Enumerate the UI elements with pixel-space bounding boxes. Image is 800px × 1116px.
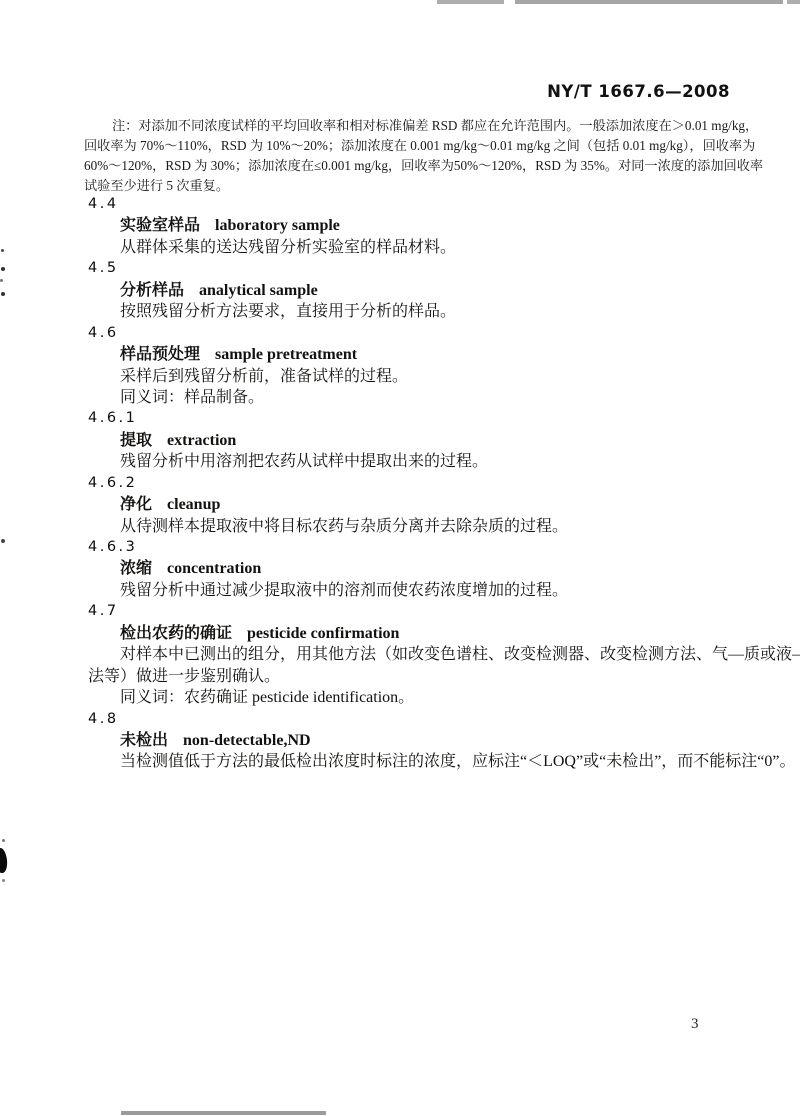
scan-speck — [1, 249, 4, 252]
section-number: 4.6.2 — [88, 473, 738, 494]
scan-artifact-top-line — [515, 0, 783, 4]
note-line: 回收率为 70%～110%，RSD 为 10%～20%；添加浓度在 0.001 … — [84, 136, 738, 156]
scan-speck — [1, 267, 5, 271]
section-number: 4.5 — [88, 258, 738, 279]
term-chinese: 样品预处理 — [120, 346, 200, 363]
note-line: 注：对添加不同浓度试样的平均回收率和相对标准偏差 RSD 都应在允许范围内。一般… — [84, 116, 738, 136]
term-english: sample pretreatment — [215, 346, 357, 363]
term-chinese: 浓缩 — [120, 560, 152, 577]
term-english: pesticide confirmation — [247, 625, 399, 642]
definition-line: 同义词：农药确证 pesticide identification。 — [88, 687, 738, 708]
term-chinese: 实验室样品 — [120, 217, 200, 234]
standard-number-header: NY/T 1667.6—2008 — [547, 82, 730, 101]
term-line: 分析样品analytical sample — [88, 280, 738, 301]
term-line: 浓缩concentration — [88, 558, 738, 579]
definition-line: 从待测样本提取液中将目标农药与杂质分离并去除杂质的过程。 — [88, 516, 738, 537]
scan-ink-blob — [0, 847, 8, 873]
definition-line: 法等）做进一步鉴别确认。 — [88, 666, 738, 687]
note-line: 60%～120%，RSD 为 30%；添加浓度在≤0.001 mg/kg，回收率… — [84, 156, 738, 176]
scan-speck — [1, 539, 5, 543]
section-number: 4.8 — [88, 709, 738, 730]
term-english: analytical sample — [199, 282, 318, 299]
section-number: 4.7 — [88, 601, 738, 622]
scan-speck — [2, 879, 5, 882]
term-english: cleanup — [167, 496, 220, 513]
scan-speck — [0, 279, 3, 282]
scan-artifact-top-line — [787, 0, 800, 4]
scan-speck — [1, 292, 5, 296]
term-english: non-detectable,ND — [183, 732, 311, 749]
definition-line: 对样本中已测出的组分，用其他方法（如改变色谱柱、改变检测器、改变检测方法、气—质… — [88, 644, 738, 665]
section-number: 4.6.1 — [88, 408, 738, 429]
note-line: 试验至少进行 5 次重复。 — [84, 176, 738, 196]
term-line: 实验室样品laboratory sample — [88, 215, 738, 236]
section-number: 4.6 — [88, 323, 738, 344]
term-english: laboratory sample — [215, 217, 340, 234]
term-line: 样品预处理sample pretreatment — [88, 344, 738, 365]
definition-line: 按照残留分析方法要求，直接用于分析的样品。 — [88, 301, 738, 322]
term-chinese: 净化 — [120, 496, 152, 513]
scan-artifact-bottom-line — [121, 1111, 326, 1115]
scan-speck — [2, 839, 5, 842]
term-line: 提取extraction — [88, 430, 738, 451]
definition-line: 采样后到残留分析前，准备试样的过程。 — [88, 366, 738, 387]
term-chinese: 分析样品 — [120, 282, 184, 299]
term-english: extraction — [167, 432, 236, 449]
definition-line: 从群体采集的送达残留分析实验室的样品材料。 — [88, 237, 738, 258]
section-number: 4.4 — [88, 194, 738, 215]
definition-line: 同义词：样品制备。 — [88, 387, 738, 408]
definition-line: 当检测值低于方法的最低检出浓度时标注的浓度，应标注“＜LOQ”或“未检出”，而不… — [88, 751, 738, 772]
section-number: 4.6.3 — [88, 537, 738, 558]
note-block: 注：对添加不同浓度试样的平均回收率和相对标准偏差 RSD 都应在允许范围内。一般… — [84, 116, 738, 196]
term-line: 净化cleanup — [88, 494, 738, 515]
term-chinese: 未检出 — [120, 732, 168, 749]
definition-line: 残留分析中用溶剂把农药从试样中提取出来的过程。 — [88, 451, 738, 472]
page-number: 3 — [691, 1016, 699, 1033]
term-chinese: 检出农药的确证 — [120, 625, 232, 642]
terminology-sections: 4.4实验室样品laboratory sample从群体采集的送达残留分析实验室… — [88, 194, 738, 773]
scanned-document-page: { "header": { "standard_number": "NY/T 1… — [0, 0, 800, 1116]
term-chinese: 提取 — [120, 432, 152, 449]
definition-line: 残留分析中通过减少提取液中的溶剂而使农药浓度增加的过程。 — [88, 580, 738, 601]
scan-artifact-top-line — [437, 0, 504, 4]
term-line: 检出农药的确证pesticide confirmation — [88, 623, 738, 644]
term-line: 未检出non-detectable,ND — [88, 730, 738, 751]
term-english: concentration — [167, 560, 261, 577]
